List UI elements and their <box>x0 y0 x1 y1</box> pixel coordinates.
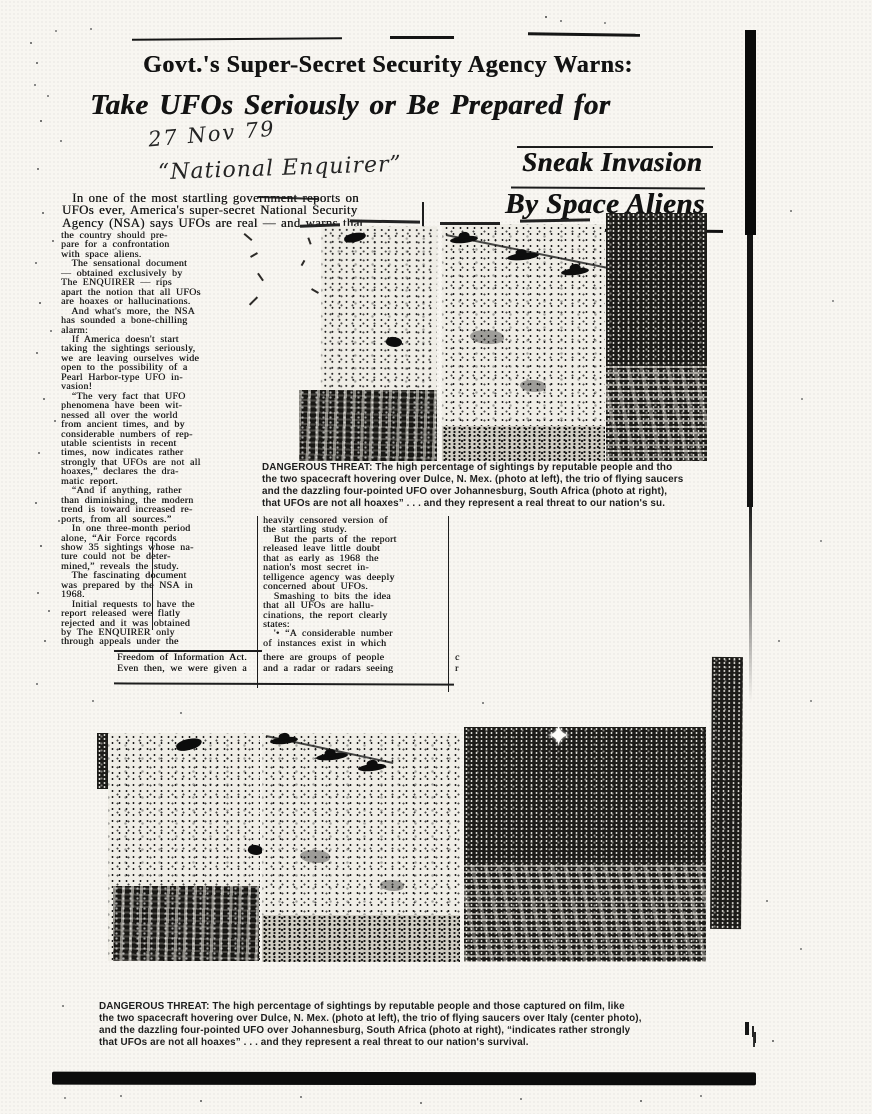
headline-rule-top <box>517 146 713 148</box>
scan-scratch <box>257 273 264 282</box>
scan-scratch <box>244 233 253 241</box>
photo-johannesburg-bottom <box>464 727 706 962</box>
article-column-1: the country should pre- pare for a confr… <box>61 231 201 647</box>
scan-edge-bar <box>745 30 756 235</box>
photo-torn-edge <box>520 218 590 222</box>
scan-noise-specks <box>0 0 2 2</box>
scan-scratch <box>307 237 311 244</box>
column-rule-right <box>448 516 449 692</box>
scan-scratch <box>250 252 258 258</box>
article-column-2: heavily censored version of the startlin… <box>263 516 397 648</box>
scan-edge-bar <box>749 507 752 702</box>
photo-striations <box>464 865 706 962</box>
photo-johannesburg-top <box>606 213 707 461</box>
handwritten-source: “National Enquirer” <box>158 152 403 185</box>
article-footer-col3-fragment: c r <box>455 652 460 674</box>
scan-scratch <box>301 260 306 266</box>
article-footer-col1: Freedom of Information Act. Even then, w… <box>117 652 247 674</box>
photo-dulce-top <box>321 226 438 390</box>
footer-underline <box>114 682 454 685</box>
four-pointed-ufo-icon: ✦ <box>546 722 571 752</box>
photo-torn-edge <box>440 222 500 225</box>
photo-shadow-clump <box>380 880 404 891</box>
torn-edge-dash <box>390 36 454 39</box>
column-rule-mid <box>257 516 258 688</box>
scan-edge-bar <box>747 235 753 507</box>
column-tick <box>422 202 424 228</box>
photo-shadow-clump <box>520 380 546 392</box>
terrain-strip-top-left <box>299 390 437 461</box>
photo-edge-sliver <box>97 733 108 789</box>
headline-sneak-invasion: Sneak Invasion <box>522 148 702 176</box>
article-footer-col2: there are groups of people and a radar o… <box>263 652 393 674</box>
photo-edge-strip-right <box>710 657 743 929</box>
headline-kicker: Govt.'s Super-Secret Security Agency War… <box>143 52 633 78</box>
terrain-strip-top-center <box>442 426 605 461</box>
scan-scratch <box>311 288 319 294</box>
caption-top: DANGEROUS THREAT: The high percentage of… <box>262 462 683 510</box>
headline-main: Take UFOs Seriously or Be Prepared for <box>90 90 610 122</box>
terrain-strip-bottom-center <box>262 915 460 962</box>
column-rule-left <box>152 538 153 630</box>
torn-edge-dash <box>132 37 342 40</box>
photo-striations <box>606 366 707 461</box>
margin-stamp-mark <box>745 1022 749 1035</box>
scan-bottom-bar <box>52 1072 756 1086</box>
torn-edge-dash <box>528 32 640 37</box>
caption-bottom: DANGEROUS THREAT: The high percentage of… <box>99 1001 642 1049</box>
terrain-strip-bottom-left <box>113 886 259 961</box>
scanned-newspaper-page: Govt.'s Super-Secret Security Agency War… <box>0 0 872 1114</box>
scan-scratch <box>249 296 258 305</box>
